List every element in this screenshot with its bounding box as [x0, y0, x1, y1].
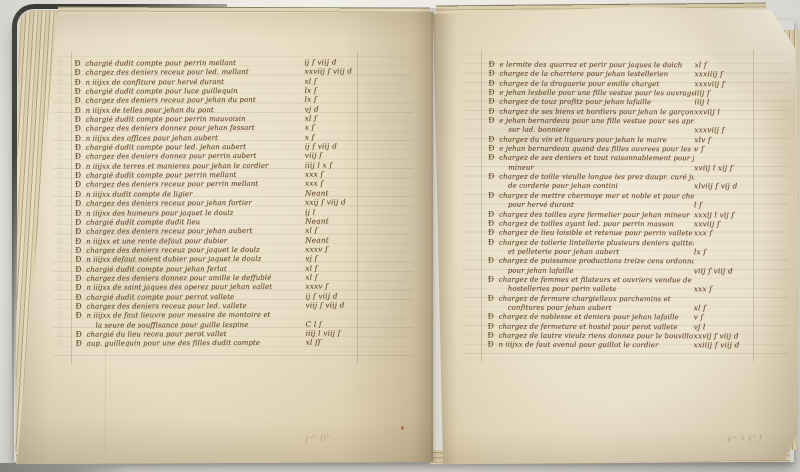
- entry-amount: xxiiij ſ viij d: [693, 341, 751, 351]
- bleed-through-mark: Đ: [43, 198, 63, 207]
- entry-amount: xl ſ: [305, 272, 367, 282]
- ledger-entry-row: Đchargez de mettre chermoye mer et noble…: [488, 190, 752, 200]
- paragraph-mark-icon: Đ: [76, 339, 87, 349]
- paragraph-mark-icon: Đ: [75, 152, 86, 162]
- paragraph-mark-icon: Đ: [488, 60, 499, 70]
- paragraph-mark-icon: Đ: [75, 105, 86, 115]
- entry-amount: C l ſ: [306, 319, 368, 329]
- paragraph-mark-icon: Đ: [488, 321, 499, 331]
- ledger-entry-row: sur lad. bonnierexxxviij ſ: [488, 125, 752, 135]
- paragraph-mark-icon: Đ: [75, 255, 86, 265]
- paragraph-mark-icon: Đ: [75, 273, 86, 283]
- entry-amount: xl ſ: [305, 226, 367, 236]
- entry-amount: Neant: [305, 235, 367, 245]
- ledger-entry-row: Đchargez de la charriere pour jehan lest…: [488, 69, 752, 79]
- lower-margin-rule: [105, 342, 106, 452]
- entry-amount: xl ſ: [694, 303, 752, 313]
- entry-amount: xxx ſ: [305, 169, 367, 179]
- entry-amount: v ſ: [694, 144, 752, 154]
- entry-amount: iiij l x ſ: [305, 160, 367, 170]
- ledger-entry-row: Đchargez de toilerie lintellerie plusieu…: [488, 237, 752, 247]
- paragraph-mark-icon: Đ: [75, 143, 86, 153]
- ledger-entry-row: Đaup. guillequin pour une des filles dud…: [76, 338, 368, 349]
- margin-rule-left: [71, 52, 72, 364]
- ledger-entry-row: Đchargez de toille vieulle longue les pr…: [488, 172, 752, 182]
- ledger-entry-row: Đchargez de fermeture et hostel pour per…: [488, 321, 752, 331]
- entry-amount: xlviij ſ vij d: [694, 182, 752, 192]
- bleed-through-mark: Đ: [43, 264, 63, 273]
- entry-amount: vj d: [305, 104, 367, 114]
- ledger-entry-row: Đchargez des toilles ayre fermelier pour…: [488, 209, 752, 219]
- entry-amount: lx ſ: [694, 247, 752, 257]
- paragraph-mark-icon: Đ: [75, 311, 86, 321]
- entry-amount: xl ſ: [305, 263, 367, 273]
- paragraph-mark-icon: Đ: [75, 189, 86, 199]
- paragraph-mark-icon: Đ: [75, 208, 86, 218]
- entry-amount: viij ſ: [305, 151, 367, 161]
- entry-amount: xxvij ſ viij d: [694, 331, 752, 341]
- entry-amount: Neant: [305, 188, 367, 198]
- entry-amount: iiij l viij ſ: [306, 328, 368, 338]
- ledger-entry-row: Đchargez de fermure chargielleux parchem…: [488, 293, 752, 303]
- bleed-through-mark: Đ: [43, 254, 63, 263]
- entry-amount: ij l: [305, 207, 367, 217]
- paragraph-mark-icon: Đ: [75, 217, 86, 227]
- ledger-entry-row: Đchargez de puissance productions treize…: [488, 256, 752, 266]
- ledger-entry-row: Đchargez du vin et liqueurs pour jehan l…: [488, 134, 752, 144]
- paragraph-mark-icon: Đ: [488, 218, 499, 228]
- entry-amount: xxxviij ſ: [694, 126, 752, 136]
- entry-amount: ij ſ viij d: [304, 57, 366, 67]
- bleed-through-mark: Đ: [43, 282, 63, 291]
- paragraph-mark-icon: Đ: [488, 293, 499, 303]
- entry-amount: xxxv ſ: [305, 282, 367, 292]
- bleed-through-mark: Đ: [43, 236, 63, 245]
- entry-amount: iiij ſ: [694, 88, 752, 98]
- paragraph-mark-icon: Đ: [488, 153, 499, 163]
- ledger-entry-row: pour hervé durantl ſ: [488, 200, 752, 210]
- paragraph-mark-icon: Đ: [488, 274, 499, 284]
- bleed-through-mark: Đ: [43, 310, 63, 319]
- entry-amount: lx ſ: [304, 85, 366, 95]
- entry-amount: vj ſ: [305, 254, 367, 264]
- entry-text: n iiijxx de faut avenul pour guillot le …: [498, 341, 693, 351]
- ledger-entry-row: Đchargez de lieu loisible et retenue pou…: [488, 228, 752, 238]
- ledger-entry-row: Đchargez de femmes et filateurs et ouvri…: [488, 274, 752, 284]
- folio-mark-right: ȳˣˣ t ȳᵃ ſ: [727, 433, 763, 442]
- paragraph-mark-icon: Đ: [74, 77, 85, 87]
- entry-amount: v ſ: [694, 313, 752, 323]
- ledger-entry-row: Đn iiijxx de faut avenul pour guillot le…: [487, 340, 751, 350]
- paragraph-mark-icon: Đ: [488, 256, 499, 266]
- right-page: Đe lermite des quarrez et perir pour jaq…: [433, 6, 797, 466]
- bleed-through-mark: Đ: [43, 142, 63, 151]
- entry-amount: viij ſ viij d: [305, 300, 367, 310]
- paragraph-mark-icon: Đ: [75, 264, 86, 274]
- entry-amount: xviij l xij ſ: [694, 163, 752, 173]
- paragraph-mark-icon: Đ: [488, 228, 499, 238]
- ledger-entry-row: mineurxviij l xij ſ: [488, 162, 752, 172]
- paragraph-mark-icon: Đ: [74, 68, 85, 78]
- ledger-entry-row: Đchargez de la droguerie pour emille cha…: [488, 78, 752, 88]
- entry-amount: x ſ: [305, 132, 367, 142]
- bleed-through-mark: Đ: [43, 151, 63, 160]
- paragraph-mark-icon: Đ: [75, 283, 86, 293]
- ledger-entry-row: Đchargez de lautre vieulz riens donnez p…: [488, 331, 752, 341]
- paragraph-mark-icon: Đ: [75, 96, 86, 106]
- entry-amount: xxij ſ viij d: [305, 198, 367, 208]
- entry-amount: xxxv ſ: [305, 244, 367, 254]
- paragraph-mark-icon: Đ: [75, 171, 86, 181]
- bleed-through-mark: Đ: [43, 226, 63, 235]
- bleed-through-mark: Đ: [43, 273, 63, 282]
- entry-amount: xlv ſ: [694, 135, 752, 145]
- paragraph-mark-icon: Đ: [488, 331, 499, 341]
- entry-text: aup. guillequin pour une des filles dudi…: [87, 339, 306, 349]
- paragraph-mark-icon: Đ: [75, 227, 86, 237]
- bleed-through-mark: Đ: [43, 329, 63, 338]
- paragraph-mark-icon: Đ: [487, 340, 498, 350]
- paragraph-mark-icon: Đ: [488, 134, 499, 144]
- bleed-through-mark: Đ: [43, 179, 63, 188]
- ledger-entries-right: Đe lermite des quarrez et perir pour jaq…: [487, 60, 752, 351]
- entry-amount: xxx ſ: [305, 179, 367, 189]
- paragraph-mark-icon: Đ: [75, 245, 86, 255]
- ledger-entry-row: Đchargez de ses biens et bordiers pour j…: [488, 106, 752, 116]
- paragraph-mark-icon: Đ: [488, 88, 499, 98]
- ink-speck: [401, 426, 404, 430]
- paragraph-mark-icon: Đ: [488, 97, 499, 107]
- ledger-entry-row: Đchargez de toilles ayant led. pour perr…: [488, 218, 752, 228]
- paragraph-mark-icon: Đ: [75, 180, 86, 190]
- entry-amount: l ſ: [694, 200, 752, 210]
- ledger-entry-row: Đchargez de noblesse et deniers pour jeh…: [488, 312, 752, 322]
- paragraph-mark-icon: Đ: [488, 144, 499, 154]
- bleed-through-mark: Đ: [43, 217, 63, 226]
- paragraph-mark-icon: Đ: [488, 69, 499, 79]
- entry-amount: xl ſ: [694, 60, 752, 70]
- ledger-entry-row: hostelleries pour perin valletexxx ſ: [488, 284, 752, 294]
- paragraph-mark-icon: Đ: [75, 133, 86, 143]
- entry-amount: xxx ſ: [694, 228, 752, 238]
- entry-amount: x ſ: [305, 123, 367, 133]
- paragraph-mark-icon: Đ: [488, 237, 499, 247]
- entry-amount: xxxij l vij ſ: [694, 210, 752, 220]
- entry-amount: xl ſ: [305, 113, 367, 123]
- bleed-through-mark: Đ: [43, 292, 63, 301]
- paragraph-mark-icon: Đ: [488, 116, 499, 126]
- entry-amount: vj l: [694, 322, 752, 332]
- entry-amount: viij ſ viij d: [694, 266, 752, 276]
- entry-amount: xxxiiij ſ: [694, 70, 752, 80]
- ledger-entry-row: Đchargez de ses deniers et tout raisonna…: [488, 153, 752, 163]
- paragraph-mark-icon: Đ: [75, 115, 86, 125]
- ledger-entries-left: Đchargié dudit compte pour perrin mellan…: [74, 57, 367, 348]
- bleed-through-mark: Đ: [43, 301, 63, 310]
- photo-backdrop: ĐĐĐĐĐĐĐĐĐĐĐĐĐĐĐĐĐĐĐĐĐĐĐĐĐĐĐĐĐĐĐ Đchargié…: [0, 0, 800, 472]
- bleed-through-mark: Đ: [43, 161, 63, 170]
- ledger-entry-row: pour jehan lafailleviij ſ viij d: [488, 265, 752, 275]
- ledger-entry-row: Đchargez des deniers receuz pour led. va…: [75, 300, 367, 311]
- entry-amount: lx ſ: [305, 95, 367, 105]
- paragraph-mark-icon: Đ: [488, 78, 499, 88]
- entry-amount: iiij l: [694, 98, 752, 108]
- entry-amount: xxx ſ: [694, 285, 752, 295]
- entry-amount: xxviij ſ viij d: [304, 67, 366, 77]
- paragraph-mark-icon: Đ: [76, 330, 87, 340]
- ledger-entry-row: Đe jehan lesbelle pour une fille vestue …: [488, 88, 752, 98]
- paragraph-mark-icon: Đ: [74, 87, 85, 97]
- margin-rule-left: [481, 50, 482, 362]
- entry-amount: Neant: [305, 216, 367, 226]
- entry-amount: ij ſ viij d: [305, 141, 367, 151]
- paragraph-mark-icon: Đ: [488, 190, 499, 200]
- bleed-through-mark: Đ: [43, 189, 63, 198]
- paragraph-mark-icon: Đ: [74, 59, 85, 69]
- table-edge-shadow: [0, 463, 130, 472]
- ledger-entry-row: et pelleterie pour jehan aubertlx ſ: [488, 246, 752, 256]
- bleed-through-mark: Đ: [43, 208, 63, 217]
- bleed-through-mark: Đ: [43, 170, 63, 179]
- paragraph-mark-icon: Đ: [488, 209, 499, 219]
- entry-amount: xxviij l: [694, 107, 752, 117]
- ledger-entry-row: confitures pour jehan aubertxl ſ: [488, 302, 752, 312]
- bleed-through-mark: Đ: [43, 320, 63, 329]
- ledger-entry-row: Đe jehan bernardeau quand des filles ouv…: [488, 144, 752, 154]
- ledger-entry-row: Đchargez de touz profitz pour jehan lafa…: [488, 97, 752, 107]
- paragraph-mark-icon: Đ: [75, 124, 86, 134]
- entry-amount: ij ſ viij d: [305, 291, 367, 301]
- paragraph-mark-icon: Đ: [75, 161, 86, 171]
- left-page: ĐĐĐĐĐĐĐĐĐĐĐĐĐĐĐĐĐĐĐĐĐĐĐĐĐĐĐĐĐĐĐ Đchargié…: [15, 12, 433, 464]
- paragraph-mark-icon: Đ: [75, 236, 86, 246]
- entry-amount: xl ſ: [304, 76, 366, 86]
- paragraph-mark-icon: Đ: [75, 292, 86, 302]
- entry-amount: xl ſſ: [306, 338, 368, 348]
- paragraph-mark-icon: Đ: [488, 172, 499, 182]
- entry-amount: xxviij ſ: [694, 219, 752, 229]
- ledger-entry-row: de corderie pour jehan continixlviij ſ v…: [488, 181, 752, 191]
- ledger-entry-row: Đe lermite des quarrez et perir pour jaq…: [488, 60, 752, 70]
- paragraph-mark-icon: Đ: [488, 312, 499, 322]
- paragraph-mark-icon: Đ: [488, 106, 499, 116]
- bleed-through-mark: Đ: [43, 245, 63, 254]
- margin-rule-right: [753, 50, 754, 362]
- ledger-entry-row: Đe jehan bernardeau pour une fille vestu…: [488, 116, 752, 126]
- entry-amount: xxxviij ſ: [694, 79, 752, 89]
- paragraph-mark-icon: Đ: [75, 199, 86, 209]
- paragraph-mark-icon: Đ: [75, 302, 86, 312]
- bleed-through-mark: Đ: [43, 338, 63, 347]
